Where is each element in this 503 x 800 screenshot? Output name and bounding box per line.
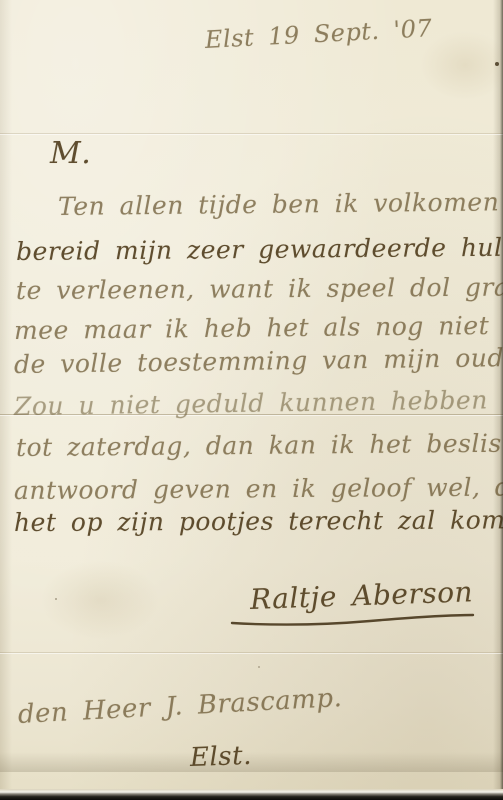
- addressee-name: den Heer J. Brascamp.: [17, 683, 343, 730]
- signature-underline: [230, 608, 475, 628]
- fold-crease: [0, 133, 503, 135]
- body-line-2: bereid mijn zeer gewaardeerde hulp: [16, 233, 503, 266]
- body-line-7: tot zaterdag, dan kan ik het besliste: [16, 429, 503, 462]
- dateline: Elst 19 Sept. '07: [204, 14, 433, 54]
- body-line-8: antwoord geven en ik geloof wel, dat: [14, 472, 503, 505]
- body-line-4: mee maar ik heb het als nog niet: [14, 311, 489, 345]
- body-line-5: de volle toestemming van mijn ouders: [14, 343, 503, 379]
- ink-speck: [55, 598, 57, 600]
- body-line-9: het op zijn pootjes terecht zal komen.: [14, 505, 503, 537]
- addressee-place: Elst.: [189, 741, 252, 773]
- salutation: M.: [50, 136, 91, 171]
- body-line-1: Ten allen tijde ben ik volkomen: [58, 187, 500, 221]
- paper-stain: [40, 560, 160, 640]
- scanned-letter-page: Elst 19 Sept. '07 M. Ten allen tijde ben…: [0, 0, 503, 800]
- scan-edge-bottom: [0, 789, 503, 800]
- fold-crease: [0, 652, 503, 654]
- ink-speck: [258, 666, 260, 668]
- body-line-3: te verleenen, want ik speel dol graag: [16, 272, 503, 305]
- ink-speck: [495, 62, 499, 66]
